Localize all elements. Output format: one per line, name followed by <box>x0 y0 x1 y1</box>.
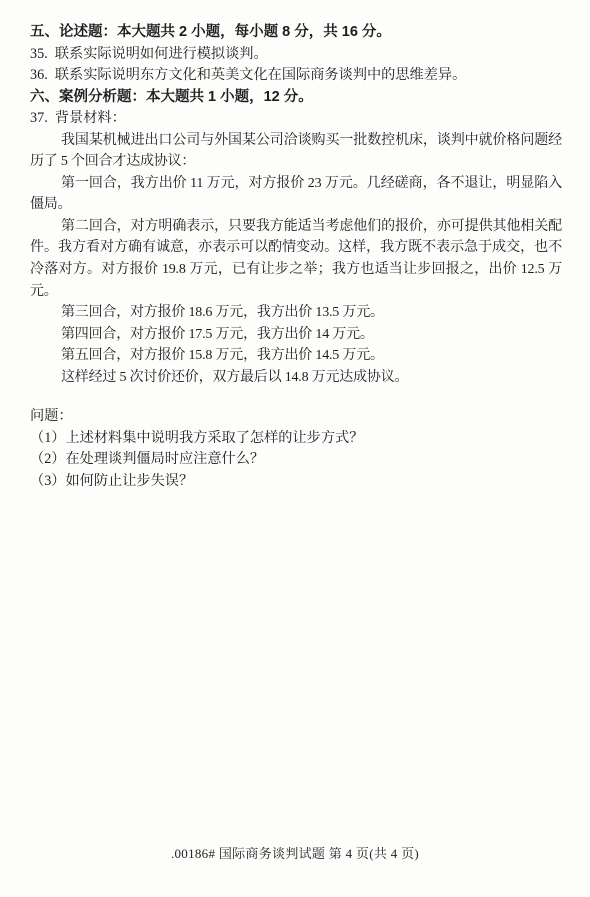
paragraph-line: 第一回合，我方出价 11 万元，对方报价 23 万元。几经磋商，各不退让，明显陷… <box>30 173 562 195</box>
section-heading: 六、案例分析题：本大题共 1 小题，12 分。 <box>30 87 562 109</box>
paragraph-line: 这样经过 5 次讨价还价，双方最后以 14.8 万元达成协议。 <box>30 367 562 389</box>
paragraph-line: 僵局。 <box>30 194 562 216</box>
document-body: 五、论述题：本大题共 2 小题，每小题 8 分，共 16 分。35. 联系实际说… <box>30 22 562 492</box>
section-heading: 五、论述题：本大题共 2 小题，每小题 8 分，共 16 分。 <box>30 22 562 44</box>
question-item-line: 问题： <box>30 406 562 428</box>
page-footer: .00186# 国际商务谈判试题 第 4 页(共 4 页) <box>0 843 590 862</box>
paragraph-line: 我国某机械进出口公司与外国某公司洽谈购买一批数控机床，谈判中就价格问题经 <box>30 130 562 152</box>
question-item-line: （1）上述材料集中说明我方采取了怎样的让步方式？ <box>30 428 562 450</box>
paragraph-line: 冷落对方。对方报价 19.8 万元，已有让步之举；我方也适当让步回报之，出价 1… <box>30 259 562 281</box>
paragraph-line: 第五回合，对方报价 15.8 万元，我方出价 14.5 万元。 <box>30 345 562 367</box>
exam-paper-page: 五、论述题：本大题共 2 小题，每小题 8 分，共 16 分。35. 联系实际说… <box>0 0 590 897</box>
paragraph-line: 第三回合，对方报价 18.6 万元，我方出价 13.5 万元。 <box>30 302 562 324</box>
paragraph-line: 件。我方看对方确有诚意，亦表示可以酌情变动。这样，我方既不表示急于成交，也不 <box>30 237 562 259</box>
question-item-line: 36. 联系实际说明东方文化和英美文化在国际商务谈判中的思维差异。 <box>30 65 562 87</box>
paragraph-line: 历了 5 个回合才达成协议： <box>30 151 562 173</box>
question-item-line: 37. 背景材料： <box>30 108 562 130</box>
question-item-line: 35. 联系实际说明如何进行模拟谈判。 <box>30 44 562 66</box>
paragraph-line: 元。 <box>30 281 562 303</box>
paragraph-line: 第二回合，对方明确表示，只要我方能适当考虑他们的报价，亦可提供其他相关配 <box>30 216 562 238</box>
paragraph-line: 第四回合，对方报价 17.5 万元，我方出价 14 万元。 <box>30 324 562 346</box>
question-item-line: （3）如何防止让步失误？ <box>30 471 562 493</box>
question-item-line: （2）在处理谈判僵局时应注意什么？ <box>30 449 562 471</box>
